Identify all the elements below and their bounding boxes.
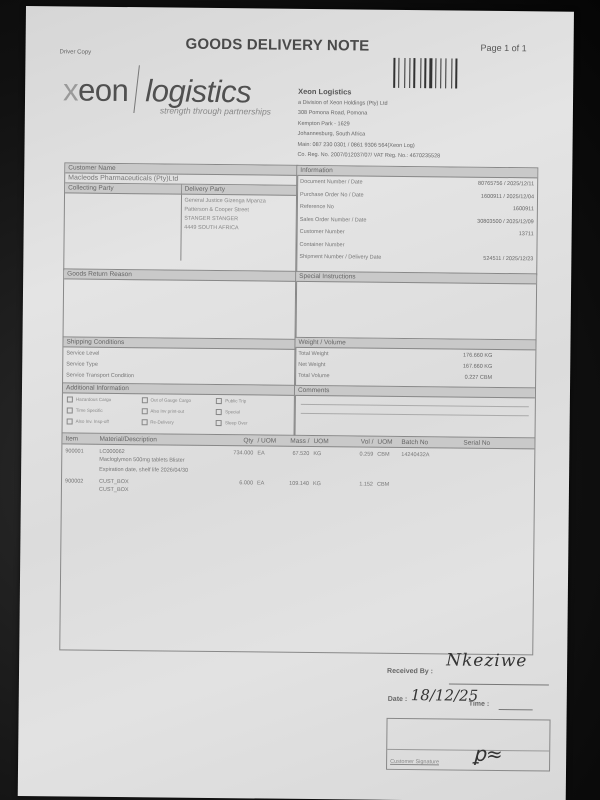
- page-number: Page 1 of 1: [481, 43, 527, 53]
- column-header: Vol /: [343, 438, 377, 445]
- information-label: Shipment Number / Delivery Date: [299, 254, 381, 261]
- weight-volume-value: 0.227 CBM: [465, 374, 533, 381]
- comment-line: [301, 413, 529, 416]
- table-cell: 6.000: [217, 480, 257, 486]
- copy-label: Driver Copy: [59, 49, 91, 55]
- table-cell: [463, 453, 513, 460]
- weight-volume-section: Weight / Volume Total Weight176.660 KGNe…: [294, 337, 537, 390]
- information-value: 13711: [519, 231, 534, 237]
- information-label: Reference No: [300, 204, 334, 210]
- weight-volume-label: Total Weight: [298, 350, 328, 356]
- customer-signature-box: Customer Signature ꝑ≈: [386, 718, 551, 772]
- table-cell: KG: [313, 481, 343, 487]
- barcode: [393, 58, 473, 89]
- special-instructions-header: Special Instructions: [296, 272, 536, 285]
- table-cell: KG: [313, 451, 343, 457]
- company-name: Xeon Logistics: [298, 87, 441, 99]
- table-cell: [401, 482, 463, 489]
- checkbox[interactable]: [67, 396, 73, 402]
- table-cell: 0.259: [343, 451, 377, 457]
- weight-volume-label: Total Volume: [298, 372, 330, 378]
- information-value: 80765756 / 2025/12/11: [478, 181, 534, 188]
- additional-option[interactable]: Sleep Over: [216, 420, 291, 427]
- table-cell: [463, 483, 513, 490]
- checkbox[interactable]: [67, 407, 73, 413]
- additional-option[interactable]: Special: [216, 409, 291, 416]
- weight-volume-value: 167.660 KG: [463, 363, 532, 370]
- table-cell: 109.140: [283, 481, 313, 487]
- additional-option[interactable]: Hazardous Cargo: [67, 396, 142, 403]
- information-label: Customer Number: [300, 229, 345, 235]
- table-cell: CBM: [377, 482, 401, 488]
- delivery-party-address: General Justice Gizenga Mpanza Patterson…: [181, 195, 297, 236]
- comment-line: [301, 404, 529, 407]
- table-cell: EA: [257, 480, 283, 486]
- received-by-line: [449, 683, 549, 685]
- table-cell: 734.000: [217, 450, 257, 456]
- additional-option-label: Special: [225, 409, 240, 414]
- table-cell: EA: [257, 450, 283, 456]
- additional-option-label: Sleep Over: [225, 420, 248, 425]
- table-cell: 14240432A: [401, 452, 463, 459]
- checkbox[interactable]: [141, 408, 147, 414]
- additional-option[interactable]: Re-Delivery: [141, 419, 216, 426]
- information-label: Purchase Order No / Date: [300, 192, 364, 199]
- goods-return-header: Goods Return Reason: [64, 269, 296, 281]
- column-header: Material/Description: [99, 435, 217, 443]
- company-tagline: strength through partnerships: [160, 105, 271, 116]
- information-value: 1600911: [513, 206, 534, 212]
- information-value: 1600911 / 2025/12/04: [481, 194, 534, 201]
- information-value: 524511 / 2025/12/23: [483, 256, 533, 263]
- weight-volume-label: Net Weight: [298, 361, 325, 367]
- delivery-note-paper: Driver Copy GOODS DELIVERY NOTE Page 1 o…: [18, 6, 574, 800]
- column-header: UOM: [313, 438, 343, 445]
- additional-information-section: Additional Information Hazardous CargoOu…: [62, 382, 297, 436]
- additional-option[interactable]: Also Inv print-out: [141, 408, 216, 415]
- additional-option[interactable]: Also Inv. Insp-off: [67, 418, 142, 425]
- special-instructions-section: Special Instructions: [295, 271, 538, 344]
- checkbox[interactable]: [67, 418, 73, 424]
- checkbox[interactable]: [216, 420, 222, 426]
- additional-option[interactable]: Out of Gauge Cargo: [142, 397, 217, 404]
- column-header: Serial No: [463, 439, 513, 447]
- table-cell: 1.152: [343, 481, 377, 487]
- information-row: Shipment Number / Delivery Date524511 / …: [296, 251, 536, 266]
- additional-option[interactable]: Time Specific: [67, 407, 142, 414]
- company-address: Xeon Logistics a Division of Xeon Holdin…: [297, 87, 441, 162]
- information-label: Sales Order Number / Date: [300, 217, 367, 224]
- information-label: Document Number / Date: [300, 179, 362, 186]
- received-by-label: Received By :: [387, 668, 433, 675]
- table-cell: 900002: [62, 478, 99, 484]
- column-header: UOM: [377, 438, 401, 445]
- additional-option-label: Also Inv print-out: [150, 409, 184, 414]
- date-label: Date :: [388, 696, 408, 703]
- document-title: GOODS DELIVERY NOTE: [186, 36, 370, 55]
- service-transport-condition: Service Transport Condition: [63, 369, 295, 382]
- additional-option-label: Out of Gauge Cargo: [151, 398, 192, 403]
- time-line: [499, 709, 533, 710]
- table-cell: CBM: [377, 452, 401, 458]
- shipping-conditions-section: Shipping Conditions Service Level Servic…: [62, 336, 296, 386]
- weight-volume-value: 176.660 KG: [463, 352, 532, 359]
- checkbox[interactable]: [142, 397, 148, 403]
- customer-signature-mark: ꝑ≈: [473, 742, 503, 766]
- checkbox[interactable]: [216, 409, 222, 415]
- time-label: Time :: [469, 701, 490, 708]
- information-value: 30803500 / 2025/12/09: [477, 218, 534, 225]
- customer-section: Customer Name Macleods Pharmaceuticals (…: [63, 162, 298, 272]
- additional-option-label: Public Trip: [225, 398, 246, 403]
- column-header: Mass /: [283, 437, 313, 444]
- additional-option-label: Time Specific: [76, 408, 103, 413]
- comments-section: Comments: [294, 385, 537, 440]
- checkbox[interactable]: [141, 419, 147, 425]
- column-header: Qty: [217, 437, 257, 444]
- additional-option-label: Hazardous Cargo: [76, 397, 111, 402]
- additional-option-label: Also Inv. Insp-off: [76, 419, 109, 424]
- table-cell: 900001: [62, 448, 99, 454]
- additional-option-label: Re-Delivery: [150, 420, 174, 425]
- checkbox[interactable]: [216, 398, 222, 404]
- column-header: / UOM: [257, 437, 283, 444]
- weight-volume-row: Total Volume0.227 CBM: [295, 370, 535, 384]
- column-header: Item: [62, 435, 99, 442]
- goods-return-section: Goods Return Reason: [63, 268, 298, 340]
- received-by-handwriting: Nkeziwe: [446, 650, 527, 671]
- table-cell: 67.520: [283, 451, 313, 457]
- information-label: Container Number: [299, 242, 344, 248]
- items-table: ItemMaterial/DescriptionQty/ UOMMass /UO…: [59, 432, 535, 655]
- column-header: Batch No: [401, 438, 463, 446]
- customer-signature-label: Customer Signature: [390, 759, 439, 766]
- additional-option[interactable]: Public Trip: [216, 398, 291, 405]
- comments-header: Comments: [295, 386, 535, 399]
- collecting-party-header: Collecting Party: [65, 183, 181, 194]
- information-section: Information Document Number / Date807657…: [295, 165, 538, 276]
